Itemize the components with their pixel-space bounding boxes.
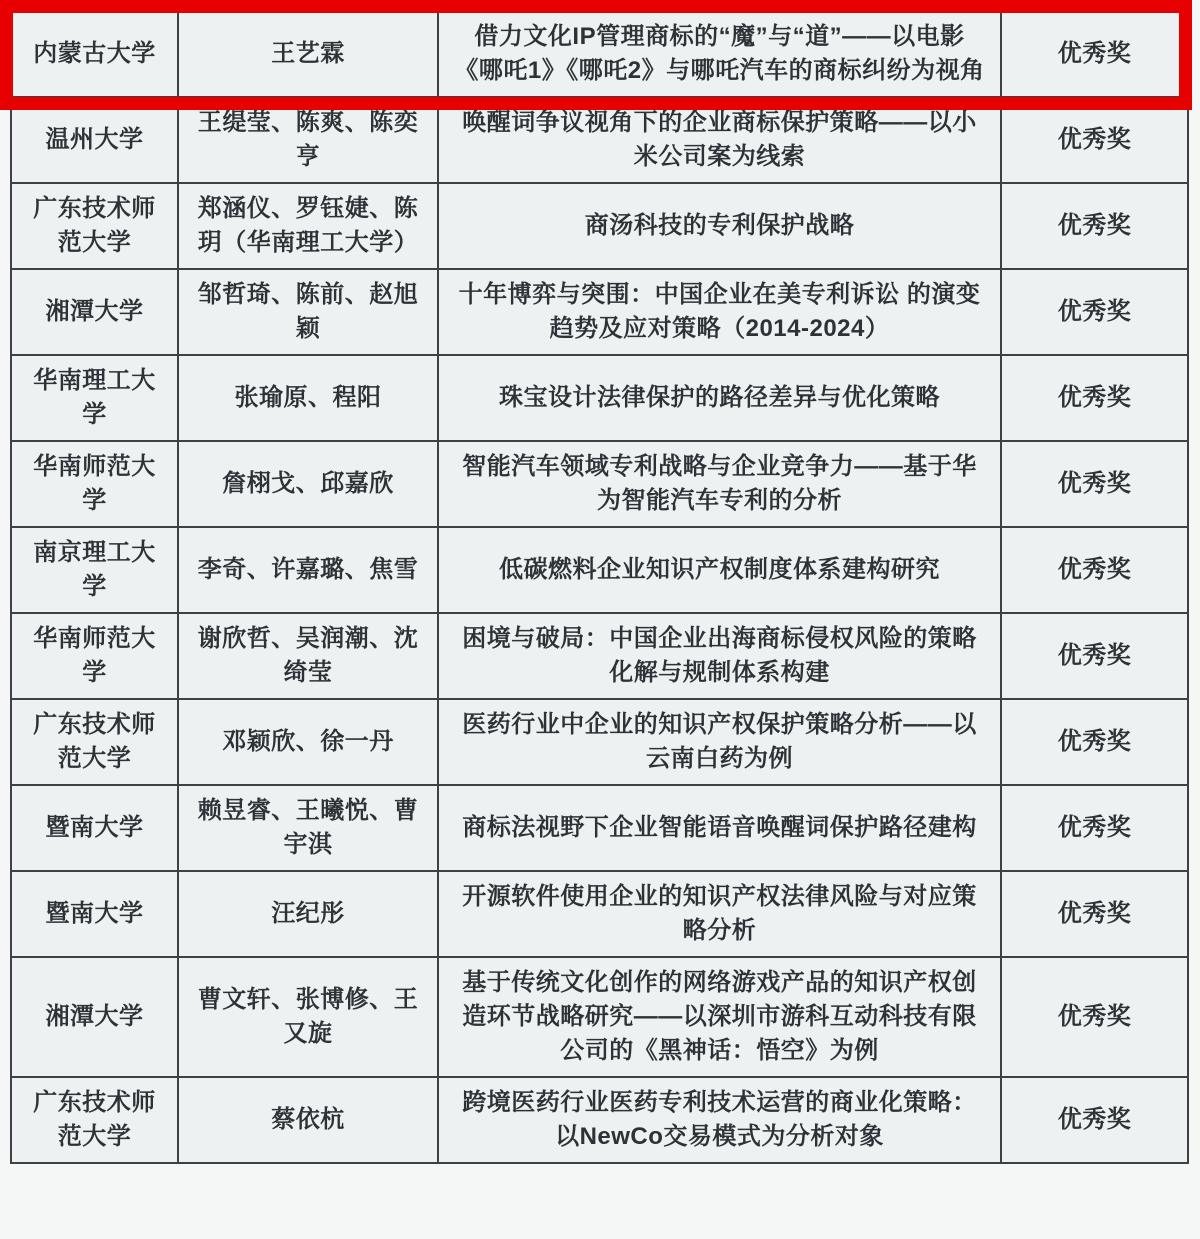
award-cell: 优秀奖 [1001, 699, 1188, 785]
table-row: 广东技术师范大学 邓颖欣、徐一丹 医药行业中企业的知识产权保护策略分析——以云南… [11, 699, 1188, 785]
university-cell: 暨南大学 [11, 785, 178, 871]
award-cell: 优秀奖 [1001, 11, 1188, 97]
paper-title-cell: 唤醒词争议视角下的企业商标保护策略——以小米公司案为线索 [438, 97, 1001, 183]
table-row: 华南理工大学 张瑜原、程阳 珠宝设计法律保护的路径差异与优化策略 优秀奖 [11, 355, 1188, 441]
paper-title-cell: 开源软件使用企业的知识产权法律风险与对应策略分析 [438, 871, 1001, 957]
table-row: 南京理工大学 李奇、许嘉璐、焦雪 低碳燃料企业知识产权制度体系建构研究 优秀奖 [11, 527, 1188, 613]
authors-cell: 邹哲琦、陈前、赵旭颖 [178, 269, 438, 355]
table-row: 内蒙古大学 王艺霖 借力文化IP管理商标的“魔”与“道”——以电影《哪吒1》《哪… [11, 11, 1188, 97]
authors-cell: 蔡依杭 [178, 1077, 438, 1163]
paper-title-cell: 珠宝设计法律保护的路径差异与优化策略 [438, 355, 1001, 441]
paper-title-cell: 困境与破局：中国企业出海商标侵权风险的策略化解与规制体系构建 [438, 613, 1001, 699]
authors-cell: 赖昱睿、王曦悦、曹宇淇 [178, 785, 438, 871]
authors-cell: 王艺霖 [178, 11, 438, 97]
authors-cell: 李奇、许嘉璐、焦雪 [178, 527, 438, 613]
authors-cell: 王缇莹、陈爽、陈奕亨 [178, 97, 438, 183]
table-row: 广东技术师范大学 蔡依杭 跨境医药行业医药专利技术运营的商业化策略：以NewCo… [11, 1077, 1188, 1163]
university-cell: 内蒙古大学 [11, 11, 178, 97]
award-cell: 优秀奖 [1001, 269, 1188, 355]
university-cell: 湘潭大学 [11, 957, 178, 1077]
award-cell: 优秀奖 [1001, 527, 1188, 613]
university-cell: 广东技术师范大学 [11, 183, 178, 269]
table-row: 湘潭大学 曹文轩、张博修、王又旋 基于传统文化创作的网络游戏产品的知识产权创造环… [11, 957, 1188, 1077]
awards-table-page: 内蒙古大学 王艺霖 借力文化IP管理商标的“魔”与“道”——以电影《哪吒1》《哪… [0, 0, 1200, 1239]
table-row: 温州大学 王缇莹、陈爽、陈奕亨 唤醒词争议视角下的企业商标保护策略——以小米公司… [11, 97, 1188, 183]
university-cell: 华南师范大学 [11, 441, 178, 527]
paper-title-cell: 低碳燃料企业知识产权制度体系建构研究 [438, 527, 1001, 613]
university-cell: 温州大学 [11, 97, 178, 183]
university-cell: 湘潭大学 [11, 269, 178, 355]
paper-title-cell: 跨境医药行业医药专利技术运营的商业化策略：以NewCo交易模式为分析对象 [438, 1077, 1001, 1163]
authors-cell: 汪纪彤 [178, 871, 438, 957]
award-cell: 优秀奖 [1001, 613, 1188, 699]
university-cell: 暨南大学 [11, 871, 178, 957]
authors-cell: 曹文轩、张博修、王又旋 [178, 957, 438, 1077]
paper-title-cell: 基于传统文化创作的网络游戏产品的知识产权创造环节战略研究——以深圳市游科互动科技… [438, 957, 1001, 1077]
award-cell: 优秀奖 [1001, 1077, 1188, 1163]
paper-title-cell: 商汤科技的专利保护战略 [438, 183, 1001, 269]
awards-table-body: 内蒙古大学 王艺霖 借力文化IP管理商标的“魔”与“道”——以电影《哪吒1》《哪… [11, 11, 1188, 1163]
paper-title-cell: 商标法视野下企业智能语音唤醒词保护路径建构 [438, 785, 1001, 871]
university-cell: 广东技术师范大学 [11, 1077, 178, 1163]
award-cell: 优秀奖 [1001, 785, 1188, 871]
authors-cell: 詹栩戈、邱嘉欣 [178, 441, 438, 527]
award-cell: 优秀奖 [1001, 871, 1188, 957]
authors-cell: 邓颖欣、徐一丹 [178, 699, 438, 785]
authors-cell: 郑涵仪、罗钰婕、陈玥（华南理工大学） [178, 183, 438, 269]
university-cell: 华南师范大学 [11, 613, 178, 699]
award-cell: 优秀奖 [1001, 441, 1188, 527]
award-cell: 优秀奖 [1001, 97, 1188, 183]
table-row: 暨南大学 赖昱睿、王曦悦、曹宇淇 商标法视野下企业智能语音唤醒词保护路径建构 优… [11, 785, 1188, 871]
paper-title-cell: 医药行业中企业的知识产权保护策略分析——以云南白药为例 [438, 699, 1001, 785]
table-row: 暨南大学 汪纪彤 开源软件使用企业的知识产权法律风险与对应策略分析 优秀奖 [11, 871, 1188, 957]
table-row: 华南师范大学 谢欣哲、吴润潮、沈绮莹 困境与破局：中国企业出海商标侵权风险的策略… [11, 613, 1188, 699]
table-row: 华南师范大学 詹栩戈、邱嘉欣 智能汽车领域专利战略与企业竞争力——基于华为智能汽… [11, 441, 1188, 527]
award-cell: 优秀奖 [1001, 355, 1188, 441]
university-cell: 华南理工大学 [11, 355, 178, 441]
paper-title-cell: 十年博弈与突围：中国企业在美专利诉讼 的演变趋势及应对策略（2014-2024） [438, 269, 1001, 355]
paper-title-cell: 智能汽车领域专利战略与企业竞争力——基于华为智能汽车专利的分析 [438, 441, 1001, 527]
awards-table: 内蒙古大学 王艺霖 借力文化IP管理商标的“魔”与“道”——以电影《哪吒1》《哪… [10, 10, 1189, 1164]
award-cell: 优秀奖 [1001, 957, 1188, 1077]
authors-cell: 张瑜原、程阳 [178, 355, 438, 441]
paper-title-cell: 借力文化IP管理商标的“魔”与“道”——以电影《哪吒1》《哪吒2》与哪吒汽车的商… [438, 11, 1001, 97]
award-cell: 优秀奖 [1001, 183, 1188, 269]
university-cell: 广东技术师范大学 [11, 699, 178, 785]
table-row: 湘潭大学 邹哲琦、陈前、赵旭颖 十年博弈与突围：中国企业在美专利诉讼 的演变趋势… [11, 269, 1188, 355]
table-row: 广东技术师范大学 郑涵仪、罗钰婕、陈玥（华南理工大学） 商汤科技的专利保护战略 … [11, 183, 1188, 269]
authors-cell: 谢欣哲、吴润潮、沈绮莹 [178, 613, 438, 699]
university-cell: 南京理工大学 [11, 527, 178, 613]
